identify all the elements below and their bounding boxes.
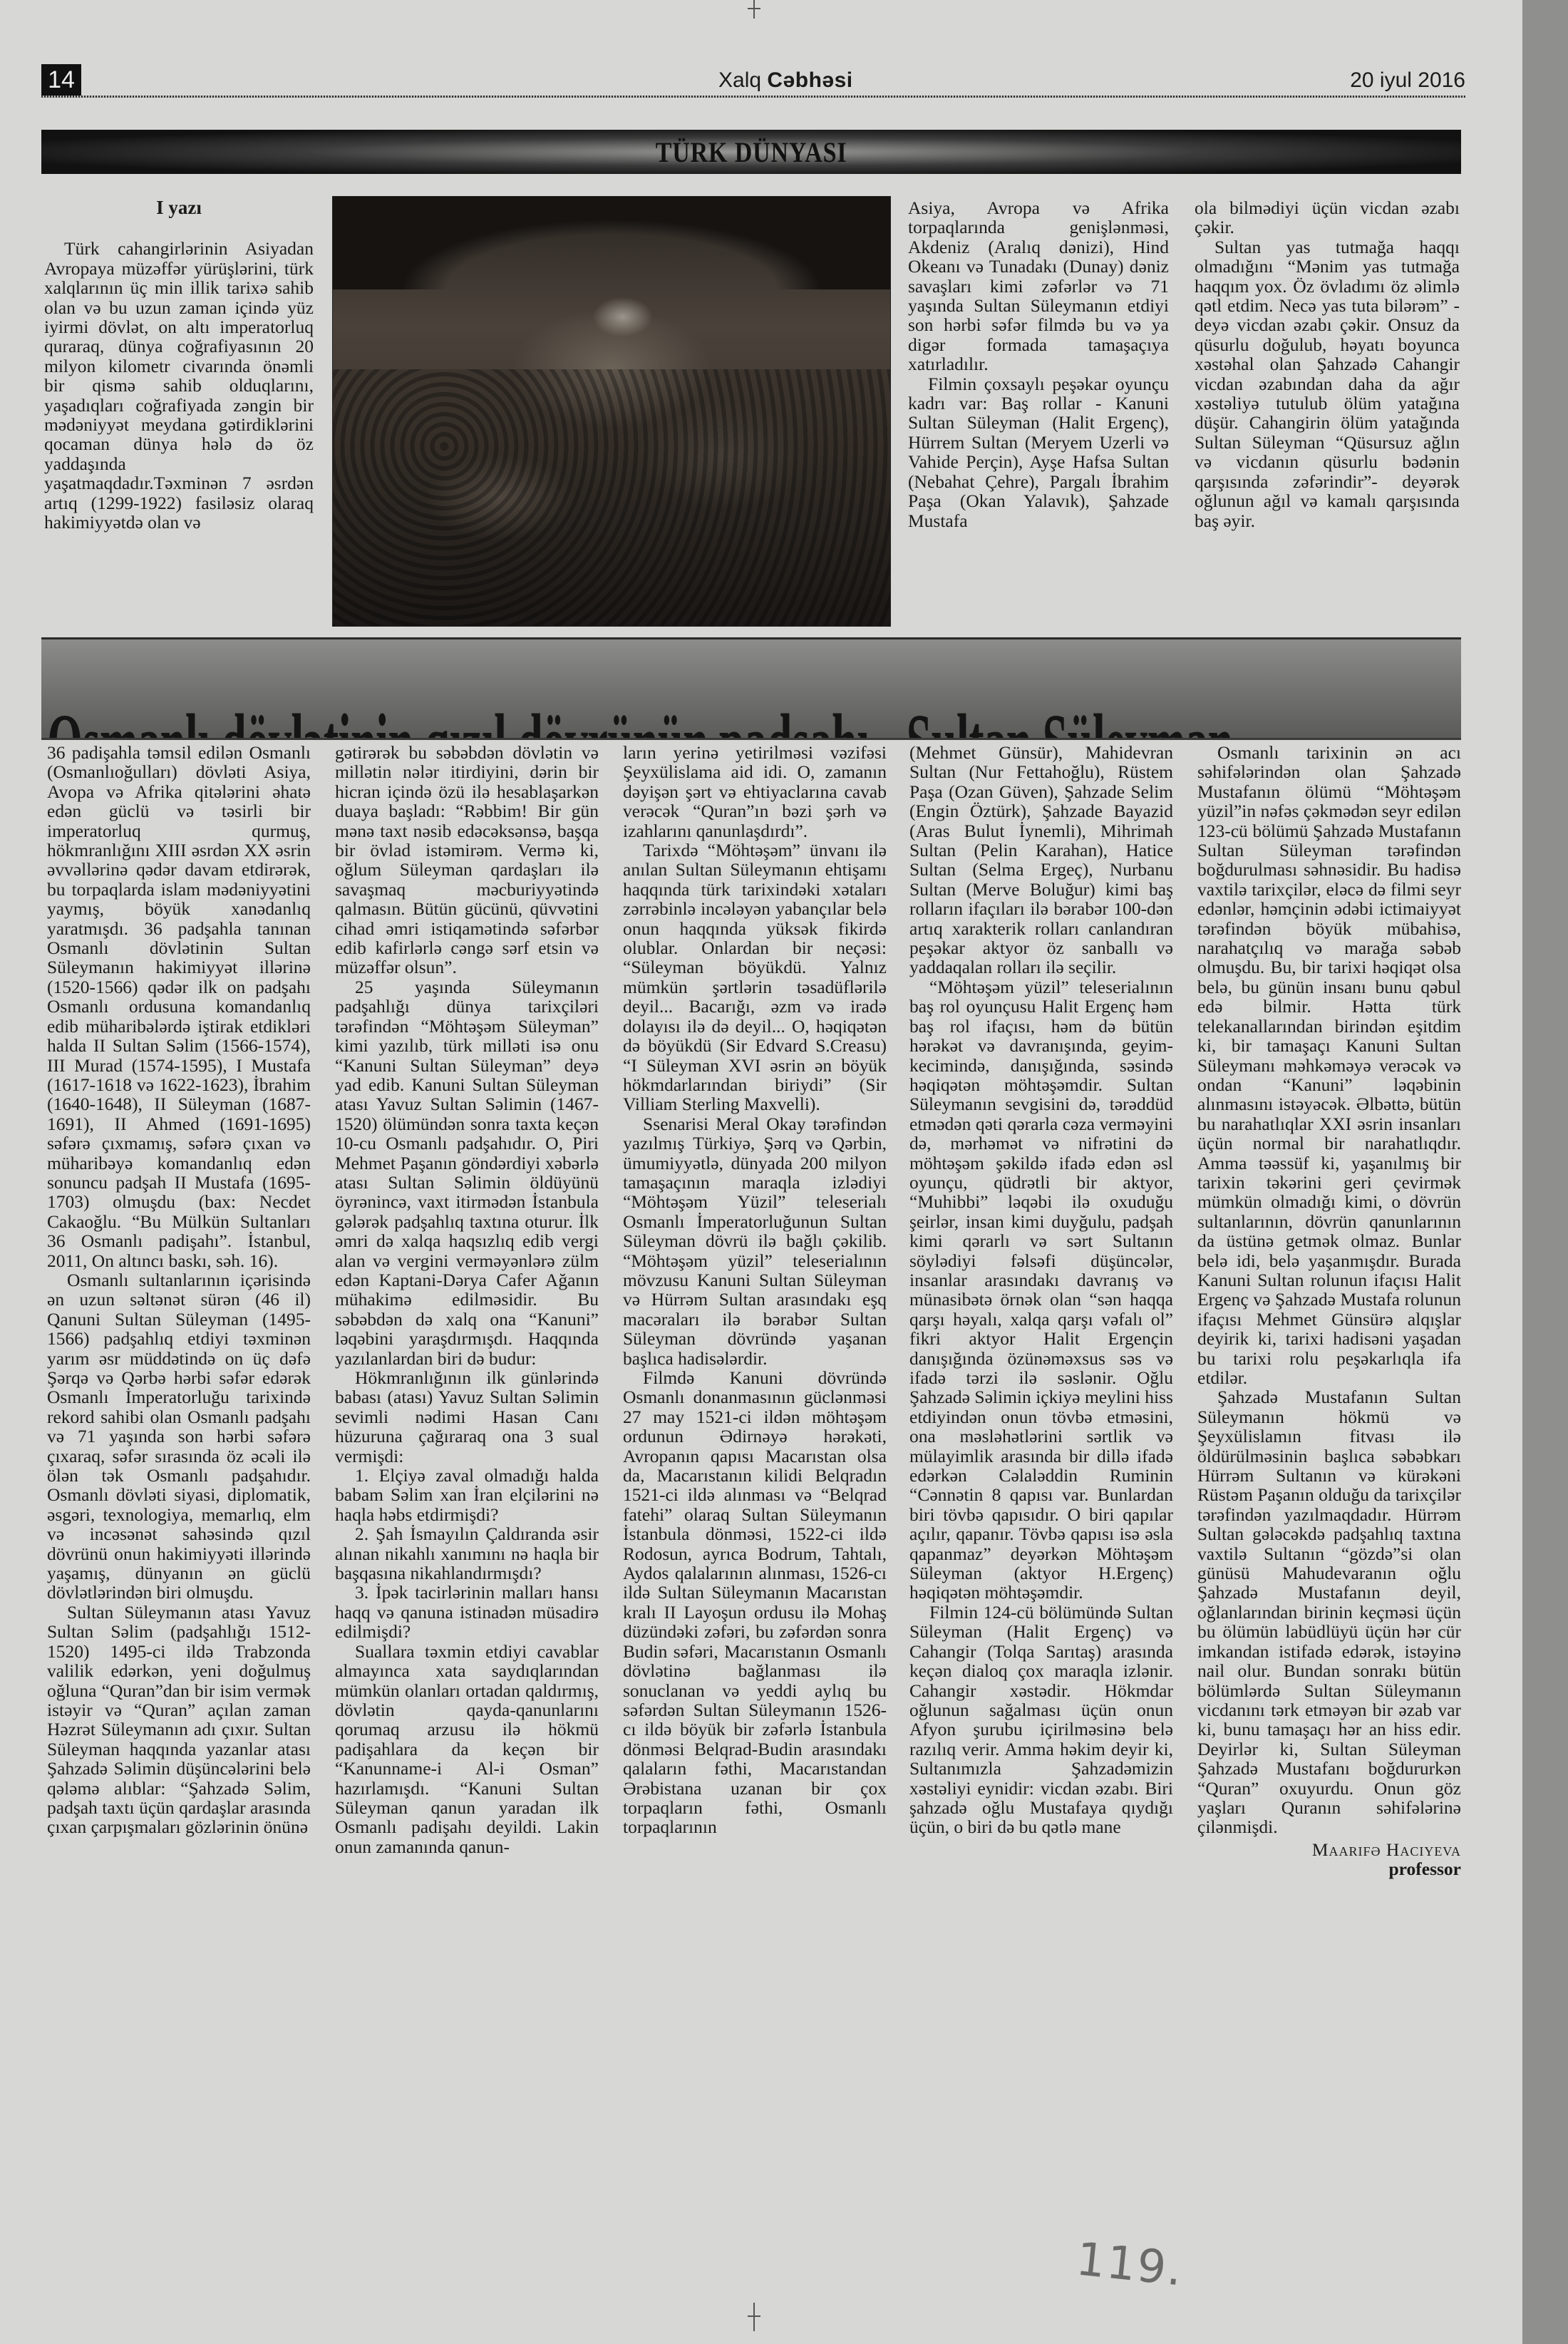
byline: Maarifə Hacıyeva professor [1197,1840,1461,1879]
paragraph: Sultan Süleymanın atası Yavuz Sultan Səl… [47,1603,311,1837]
paragraph: Osmanlı sultanlarının içərisində ən uzun… [47,1270,311,1603]
body-column-2: gətirərək bu səbəbdən dövlətin və millət… [335,743,599,1856]
paragraph: Asiya, Avropa və Afrika torpaqlarında ge… [908,198,1169,374]
handwritten-page-annotation: 119. [1074,2233,1186,2296]
paragraph: ola bilmədiyi üçün vicdan əzabı çəkir. [1195,198,1460,237]
paragraph: gətirərək bu səbəbdən dövlətin və millət… [335,743,599,977]
crop-mark-top [753,0,755,19]
body-column-4: (Mehmet Günsür), Mahidevran Sultan (Nur … [909,743,1173,1837]
newspaper-name-light: Xalq [718,68,761,92]
paragraph: (Mehmet Günsür), Mahidevran Sultan (Nur … [909,743,1173,977]
crop-mark-bottom-h [748,2315,760,2317]
paragraph: Suallara təxmin etdiyi cavablar almayınc… [335,1642,599,1856]
masthead-rule [41,96,1465,98]
author-name: Maarifə Hacıyeva [1197,1840,1461,1859]
paragraph: “Möhtəşəm yüzil” teleserialının baş rol … [909,977,1173,1603]
paragraph: Filmin çoxsaylı peşəkar oyunçu kadrı var… [908,374,1169,530]
article-headline: Osmanlı dövlətinin qızıl dövrünün padşah… [47,699,1233,740]
paragraph: Şahzadə Mustafanın Sultan Süleymanın hök… [1197,1387,1461,1836]
issue-date: 20 iyul 2016 [1350,67,1465,94]
painting-icon [332,196,891,627]
paragraph: 1. Elçiyə zaval olmadığı halda babam Səl… [335,1466,599,1524]
paragraph: 2. Şah İsmayılın Çaldıranda əsir alınan … [335,1524,599,1583]
crop-mark-bottom [753,2303,755,2331]
author-role: professor [1197,1859,1461,1878]
paragraph: Tarixdə “Möhtəşəm” ünvanı ilə anılan Sul… [623,841,887,1114]
paragraph: Sultan yas tutmağa haqqı olmadığını “Mən… [1195,237,1460,530]
section-title: TÜRK DÜNYASI [656,135,847,169]
top-column-1: I yazı Türk cahangirlərinin Asiyadan Avr… [44,198,314,533]
paragraph: Osmanlı tarixinin ən acı səhifələrindən … [1197,743,1461,1387]
paragraph: ların yerinə yetirilməsi vəzifəsi Şeyxül… [623,743,887,841]
page-number: 14 [41,64,81,96]
paragraph: Türk cahangirlərinin Asiyadan Avropaya m… [44,239,314,532]
paragraph: 25 yaşında Süleymanın padşahlığı dünya t… [335,977,599,1368]
image-battle-scene [333,369,890,626]
page-edge-shadow [1522,0,1568,2344]
paragraph: Filmdə Kanuni dövründə Osmanlı donanması… [623,1368,887,1837]
top-column-2: Asiya, Avropa və Afrika torpaqlarında ge… [908,198,1169,530]
image-arch [333,197,890,289]
paragraph: Hökmranlığının ilk günlərində babası (at… [335,1368,599,1466]
crop-mark-top-h [748,8,760,9]
paragraph: Filmin 124-cü bölümündə Sultan Süleyman … [909,1603,1173,1837]
paragraph: 3. İpək tacirlərinin malları hansı haqq … [335,1583,599,1641]
paragraph: Ssenarisi Meral Okay tərəfindən yazılmış… [623,1114,887,1368]
body-column-5: Osmanlı tarixinin ən acı səhifələrindən … [1197,743,1461,1879]
newspaper-name-bold: Cəbhəsi [767,68,852,92]
body-column-3: ların yerinə yetirilməsi vəzifəsi Şeyxül… [623,743,887,1837]
section-banner: TÜRK DÜNYASI [41,130,1461,174]
top-column-3: ola bilmədiyi üçün vicdan əzabı çəkir. S… [1195,198,1460,530]
series-label: I yazı [44,198,314,217]
masthead: 14 Xalq Cəbhəsi 20 iyul 2016 [41,64,1465,96]
paragraph: 36 padişahla təmsil edilən Osmanlı (Osma… [47,743,311,1270]
body-column-1: 36 padişahla təmsil edilən Osmanlı (Osma… [47,743,311,1837]
newspaper-name: Xalq Cəbhəsi [718,67,853,94]
headline-banner: Osmanlı dövlətinin qızıl dövrünün padşah… [41,637,1461,740]
